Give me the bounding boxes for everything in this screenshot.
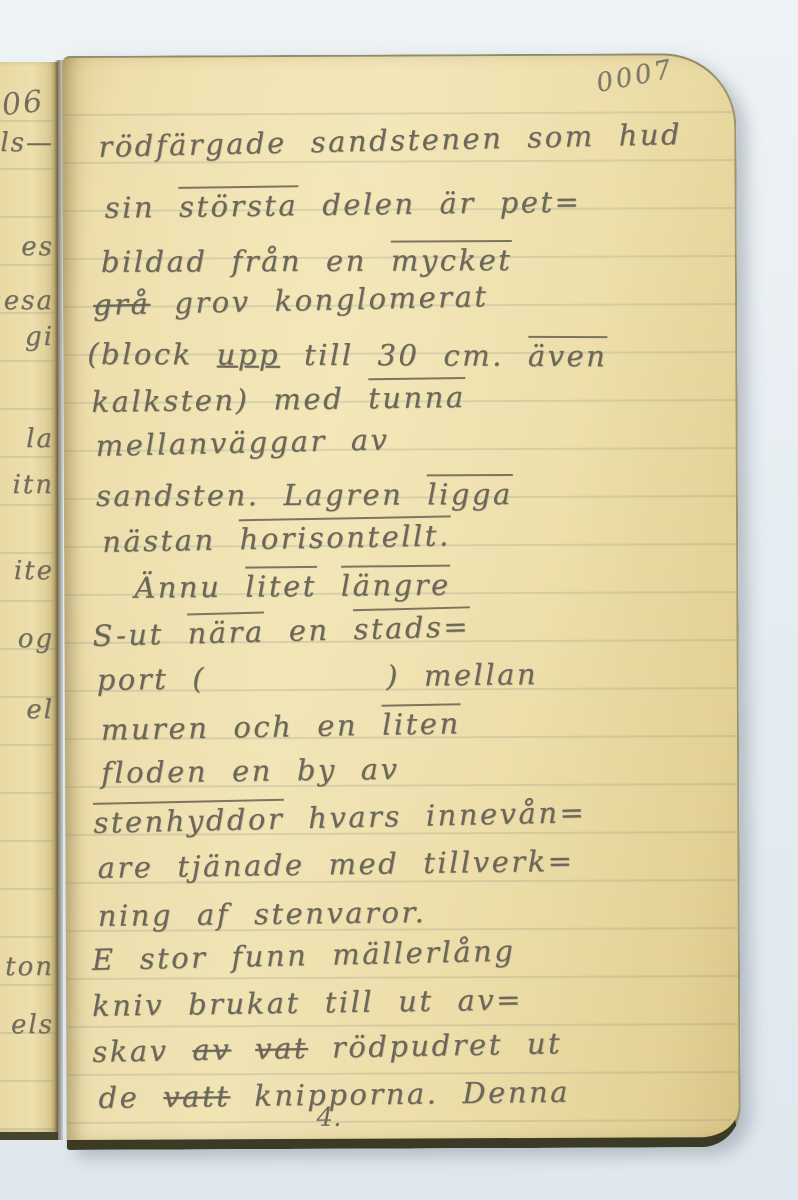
handwritten-word: Lagren <box>283 478 403 513</box>
handwriting-line: stenhyddorhvarsinnevån= <box>93 792 611 840</box>
handwriting-line: sandsten.Lagrenligga <box>96 474 537 513</box>
handwritten-word: största <box>179 185 299 224</box>
handwritten-fragment: itn <box>12 470 54 500</box>
handwriting-line: mellanväggarav <box>95 422 413 463</box>
handwritten-word: stenhyddor <box>93 799 285 840</box>
handwritten-word: (block <box>87 337 193 371</box>
handwritten-word: port <box>96 662 168 697</box>
handwritten-word: nära <box>187 612 265 651</box>
handwritten-word: mällerlång <box>332 934 516 972</box>
handwritten-word: av= <box>457 982 523 1017</box>
handwritten-word: rödfärgade <box>98 126 287 164</box>
handwritten-word: stads= <box>353 606 470 646</box>
handwritten-word: sandsten. <box>96 478 260 513</box>
handwritten-word: till <box>304 338 354 372</box>
handwritten-word: mycket <box>391 240 513 278</box>
handwriting-line: rödfärgadesandstenensomhud <box>98 117 706 164</box>
handwritten-fragment: la <box>26 424 54 454</box>
handwritten-word: horisontellt. <box>239 515 451 556</box>
handwritten-word: vat <box>255 1031 308 1066</box>
handwritten-word: muren <box>101 711 210 747</box>
previous-page-edge: 06 ls—esuesagilaitniteogeltonels <box>0 62 58 1140</box>
handwritten-word: sandstenen <box>310 121 503 159</box>
handwritten-word: knipporna. <box>254 1076 439 1112</box>
handwritten-word: till <box>324 985 374 1020</box>
handwritten-word: tunna <box>368 377 466 415</box>
handwriting-line: ningafstenvaror. <box>98 895 451 933</box>
handwritten-word: ligga <box>427 474 513 511</box>
handwritten-word: are <box>97 850 153 885</box>
handwritten-word: av <box>192 1032 231 1067</box>
handwritten-fragment: ite <box>14 556 54 586</box>
handwritten-word: mellanväggar <box>95 424 327 463</box>
handwritten-word: ning <box>98 898 174 933</box>
scanned-notebook-photo: 06 ls—esuesagilaitniteogeltonels 0007 rö… <box>0 0 798 1200</box>
handwritten-word: Ännu <box>134 570 221 605</box>
handwriting-line: S-utnäraenstads= <box>92 606 494 653</box>
handwritten-word: stor <box>139 940 208 975</box>
handwritten-fragment: els <box>11 1010 54 1040</box>
handwritten-fragment: uesa <box>0 286 54 316</box>
handwriting-line: kalksten)medtunna <box>91 377 490 419</box>
handwritten-word: innevån= <box>425 795 586 832</box>
handwritten-word: by <box>297 753 337 788</box>
handwriting-line: nästanhorisontellt. <box>102 515 475 559</box>
handwritten-word: cm. <box>443 338 504 372</box>
handwritten-word: 30 <box>377 338 419 372</box>
previous-page-number: 06 <box>0 84 46 123</box>
handwritten-word: brukat <box>188 986 301 1022</box>
handwritten-word: konglomerat <box>274 279 489 318</box>
handwritten-fragment: el <box>26 695 54 725</box>
handwritten-fragment: ls— <box>0 128 54 158</box>
handwritten-word: ut <box>398 984 434 1019</box>
handwriting-line: (blockupptill30cm.även <box>87 334 631 373</box>
handwritten-word: även <box>528 336 608 373</box>
handwritten-word: en <box>326 244 367 278</box>
handwritten-word: längre <box>341 565 451 603</box>
handwritten-word: af <box>197 897 230 931</box>
handwritten-word: litet <box>245 566 317 604</box>
handwritten-word: stenvaror. <box>254 895 427 931</box>
handwriting-line: Estorfunnmällerlång <box>92 933 540 977</box>
handwritten-word: ( <box>192 661 206 695</box>
handwritten-word: och <box>233 709 294 744</box>
handwritten-word: ut <box>526 1026 562 1061</box>
handwritten-word: tjänade <box>177 848 305 884</box>
handwritten-word: kalksten) <box>91 383 249 419</box>
handwriting-line: Ännulitetlängre <box>134 564 475 604</box>
handwritten-word: med <box>328 846 399 881</box>
handwritten-word: en <box>317 708 358 743</box>
handwritten-fragment: gi <box>25 322 54 352</box>
handwritten-word: av <box>350 422 389 457</box>
notebook-page: 0007 rödfärgadesandstenensomhudsinstörst… <box>62 53 741 1150</box>
handwriting-line: bildadfrånenmycket <box>101 240 537 279</box>
handwritten-word: sin <box>104 190 155 225</box>
handwriting-text: rödfärgadesandstenensomhudsinstörstadele… <box>62 55 739 1140</box>
handwritten-word: S-ut <box>92 617 164 653</box>
handwritten-word: tillverk= <box>423 844 575 880</box>
handwritten-word: pet= <box>499 185 581 220</box>
handwritten-word: en <box>232 754 273 789</box>
handwritten-word: ) <box>386 659 400 693</box>
bottom-page-mark: 4. <box>317 1103 342 1133</box>
handwriting-line: devattknipporna.Denna <box>98 1074 594 1114</box>
handwritten-word: kniv <box>92 988 164 1023</box>
handwritten-word: från <box>231 244 302 278</box>
handwritten-word: nästan <box>102 523 216 559</box>
handwritten-word: bildad <box>101 244 208 278</box>
handwritten-fragment: ton <box>5 952 54 982</box>
handwriting-line: flodenenbyav <box>101 752 424 790</box>
handwritten-word: E <box>92 942 116 977</box>
handwritten-word: de <box>98 1080 139 1115</box>
handwritten-word: som <box>527 119 595 154</box>
handwritten-word: är <box>439 186 476 220</box>
handwriting-line: grågrovkonglomerat <box>93 279 513 322</box>
handwritten-word: grå <box>93 287 151 322</box>
handwriting-line: murenochenliten <box>101 703 485 747</box>
handwritten-word: floden <box>101 754 208 789</box>
handwritten-word: mellan <box>424 657 539 692</box>
handwriting-line: aretjänademedtillverk= <box>97 843 598 884</box>
handwriting-line: skavavvatrödpudretut <box>92 1026 586 1069</box>
handwritten-word: upp <box>217 337 280 371</box>
handwritten-word: hud <box>618 117 682 152</box>
handwritten-word: Denna <box>462 1075 570 1110</box>
handwritten-word: av <box>361 752 400 787</box>
handwritten-word: med <box>273 382 344 417</box>
handwriting-line: sinstörstadelenärpet= <box>104 181 605 225</box>
handwritten-word: grov <box>174 284 251 320</box>
handwritten-word: skav <box>92 1033 169 1068</box>
handwritten-word: vatt <box>163 1079 230 1114</box>
handwritten-word: hvars <box>308 799 402 835</box>
handwritten-word: delen <box>322 187 416 222</box>
handwritten-word: rödpudret <box>332 1027 503 1064</box>
handwritten-word: en <box>288 613 330 648</box>
handwritten-fragment: es <box>21 232 54 262</box>
handwritten-fragment: og <box>18 624 54 654</box>
handwritten-word: funn <box>231 938 308 974</box>
paren-gap <box>230 686 362 688</box>
handwritten-word: liten <box>382 703 461 741</box>
handwriting-line: knivbrukattillutav= <box>92 982 547 1023</box>
handwriting-line: port()mellan <box>96 657 562 697</box>
